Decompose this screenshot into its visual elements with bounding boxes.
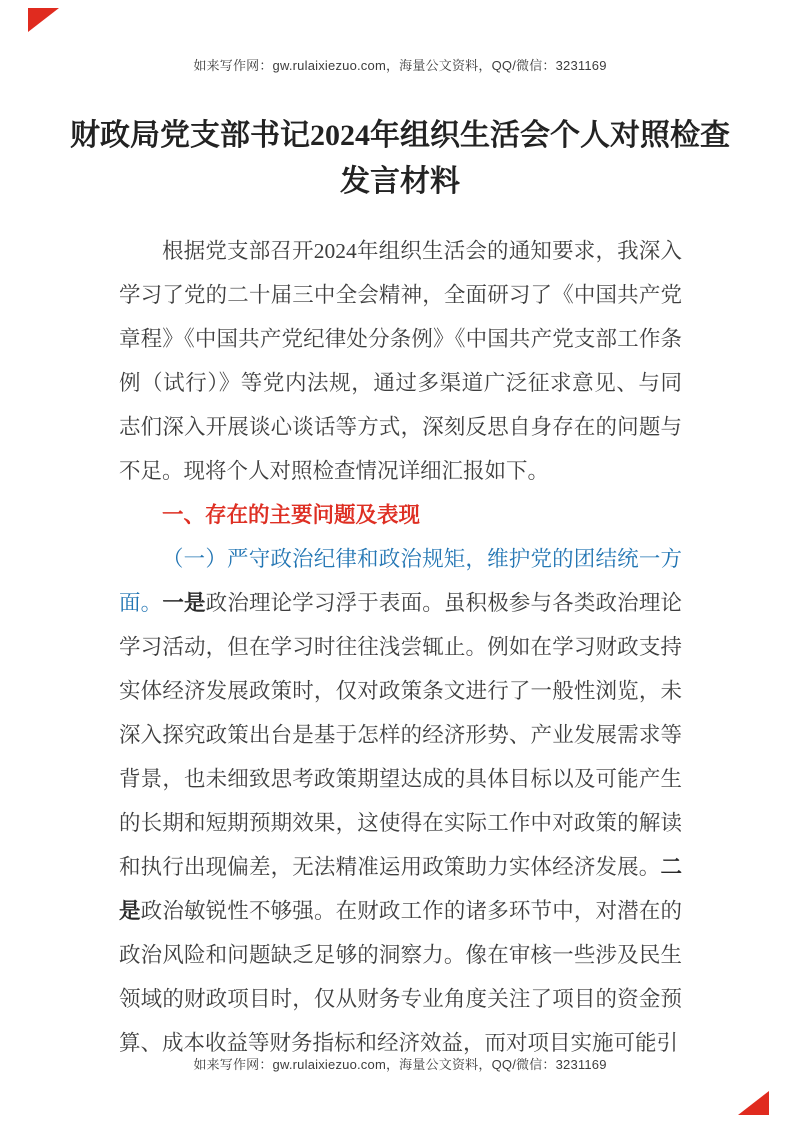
page-header-watermark: 如来写作网：gw.rulaixiezuo.com，海量公文资料，QQ/微信：32… <box>0 55 800 74</box>
document-title: 财政局党支部书记2024年组织生活会个人对照检查发言材料 <box>60 113 740 205</box>
page-footer-watermark: 如来写作网：gw.rulaixiezuo.com，海量公文资料，QQ/微信：32… <box>0 1054 800 1073</box>
intro-paragraph: 根据党支部召开2024年组织生活会的通知要求，我深入学习了党的二十届三中全会精神… <box>119 229 682 493</box>
document-body: 根据党支部召开2024年组织生活会的通知要求，我深入学习了党的二十届三中全会精神… <box>119 229 682 1065</box>
red-corner-mark-bottom-right <box>738 1091 769 1115</box>
point-1-label: 一是 <box>162 591 205 615</box>
point-2-text: 政治敏锐性不够强。在财政工作的诸多环节中，对潜在的政治风险和问题缺乏足够的洞察力… <box>119 899 682 1055</box>
section-1-heading: 一、存在的主要问题及表现 <box>119 493 682 537</box>
red-corner-mark-top-left <box>28 8 59 32</box>
subsection-1-paragraph: （一）严守政治纪律和政治规矩，维护党的团结统一方面。一是政治理论学习浮于表面。虽… <box>119 537 682 1065</box>
point-1-text: 政治理论学习浮于表面。虽积极参与各类政治理论学习活动，但在学习时往往浅尝辄止。例… <box>119 591 682 879</box>
document-page: 如来写作网：gw.rulaixiezuo.com，海量公文资料，QQ/微信：32… <box>0 0 800 1131</box>
